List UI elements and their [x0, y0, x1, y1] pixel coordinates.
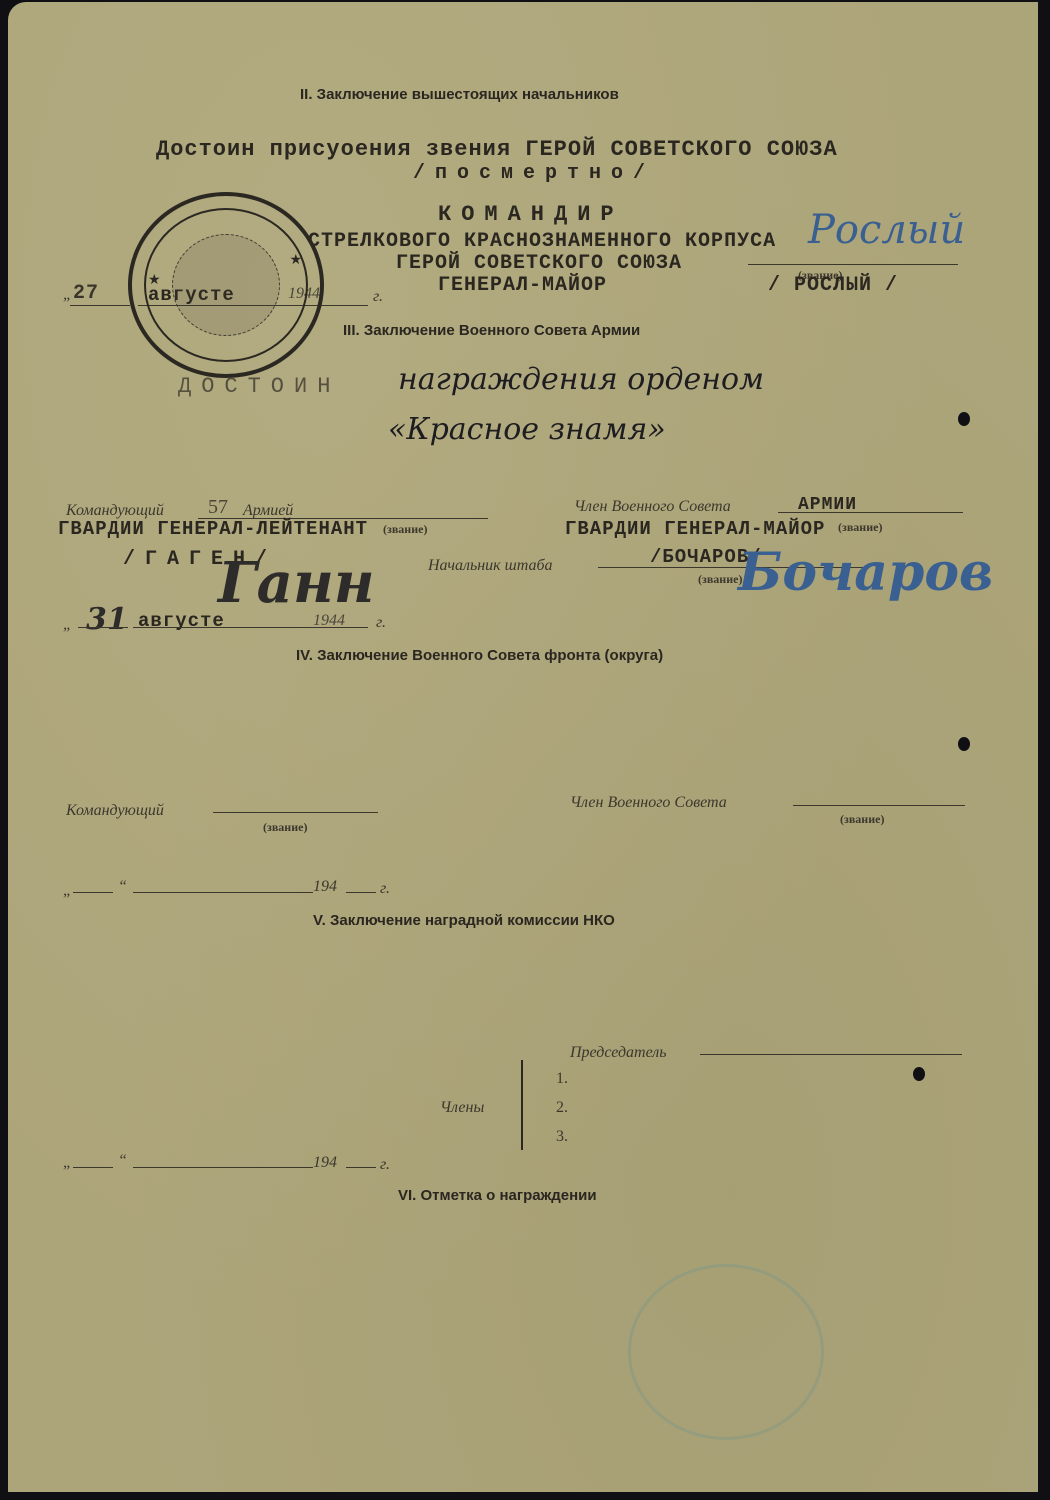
- rank-label: (звание): [698, 572, 742, 587]
- section3-date-suffix: г.: [376, 614, 386, 632]
- date-day-line: [73, 892, 113, 893]
- rank-label: (звание): [263, 820, 307, 835]
- section4-heading: IV. Заключение Военного Совета фронта (о…: [296, 647, 663, 664]
- section5-date-suffix: г.: [380, 1156, 390, 1174]
- section2-conclusion: Достоин присуоения звения ГЕРОЙ СОВЕТСКО…: [156, 137, 838, 162]
- section2-posthumously: /посмертно/: [413, 162, 655, 185]
- members-label: Члены: [440, 1099, 484, 1117]
- rank-label: (звание): [383, 522, 427, 537]
- council-member-rank: ГВАРДИИ ГЕНЕРАЛ-МАЙОР: [565, 518, 825, 540]
- commander-signature: Рослый: [808, 207, 965, 253]
- date-day-line: [78, 627, 128, 628]
- quote-mark: “: [118, 878, 127, 896]
- official-stamp: ★ ★: [128, 192, 324, 378]
- commander-name: / РОСЛЫЙ /: [768, 274, 898, 297]
- section2-heading: II. Заключение вышестоящих начальников: [300, 86, 619, 103]
- section3-date-month: августе: [138, 610, 225, 632]
- front-member-line: [793, 805, 965, 806]
- council-member-label: Член Военного Совета: [574, 498, 731, 516]
- binding-hole: [913, 1067, 925, 1081]
- army-commander-signature: Ганн: [218, 550, 375, 616]
- quote-mark: “: [118, 1152, 127, 1170]
- army-commander-rank: ГВАРДИИ ГЕНЕРАЛ-ЛЕЙТЕНАНТ: [58, 518, 368, 540]
- quote-mark: „: [63, 286, 72, 304]
- binding-hole: [958, 737, 970, 751]
- council-member-line: [778, 512, 963, 513]
- member-1: 1.: [556, 1070, 568, 1088]
- quote-mark: „: [63, 882, 72, 900]
- section4-date-suffix: г.: [380, 880, 390, 898]
- faint-stamp: [628, 1264, 824, 1440]
- star-icon: ★: [289, 252, 302, 269]
- commander-title-line2: СТРЕЛКОВОГО КРАСНОЗНАМЕННОГО КОРПУСА: [308, 230, 776, 253]
- member-2: 2.: [556, 1099, 568, 1117]
- member-3: 3.: [556, 1128, 568, 1146]
- date-year-line: [346, 892, 376, 893]
- commander-title-line3: ГЕРОЙ СОВЕТСКОГО СОЮЗА: [396, 252, 682, 275]
- chairman-line: [700, 1054, 962, 1055]
- chief-of-staff-label: Начальник штаба: [428, 557, 553, 575]
- binding-hole: [958, 412, 970, 426]
- front-commander-label: Командующий: [66, 802, 164, 820]
- date-month-line: [133, 892, 313, 893]
- date-month-line: [133, 627, 313, 628]
- section4-date-year: 194: [313, 878, 337, 896]
- date-day-line: [73, 1167, 113, 1168]
- section6-heading: VI. Отметка о награждении: [398, 1187, 597, 1204]
- section5-date-year: 194: [313, 1154, 337, 1172]
- date-year-line: [308, 627, 368, 628]
- date-day-line: [70, 305, 130, 306]
- quote-mark: „: [63, 1154, 72, 1172]
- section3-heading: III. Заключение Военного Совета Армии: [343, 322, 640, 339]
- section3-date-day: 31: [86, 602, 128, 637]
- members-bracket: [521, 1060, 523, 1150]
- coat-of-arms-icon: [172, 234, 280, 336]
- signature-line: [748, 264, 958, 265]
- front-member-label: Член Военного Совета: [570, 794, 727, 812]
- quote-mark: „: [63, 616, 72, 634]
- rank-label: (звание): [838, 520, 882, 535]
- section2-date-day: 27: [73, 282, 99, 305]
- document-page: II. Заключение вышестоящих начальников Д…: [8, 2, 1038, 1492]
- front-commander-line: [213, 812, 378, 813]
- commander-title-line4: ГЕНЕРАЛ-МАЙОР: [438, 274, 607, 297]
- army-number: 57: [208, 496, 228, 519]
- commander-title-line1: КОМАНДИР: [438, 202, 624, 227]
- date-month-line: [133, 1167, 313, 1168]
- section2-date-suffix: г.: [373, 288, 383, 306]
- section3-handwritten-line1: награждения орденом: [398, 362, 764, 397]
- date-year-line: [346, 1167, 376, 1168]
- section3-handwritten-line2: «Красное знамя»: [388, 412, 666, 447]
- section5-heading: V. Заключение наградной комиссии НКО: [313, 912, 615, 929]
- rank-label: (звание): [840, 812, 884, 827]
- council-member-signature: Бочаров: [738, 542, 993, 603]
- section3-typed-worthy: ДОСТОИН: [178, 374, 340, 399]
- chairman-label: Председатель: [570, 1044, 667, 1062]
- star-icon: ★: [148, 272, 161, 289]
